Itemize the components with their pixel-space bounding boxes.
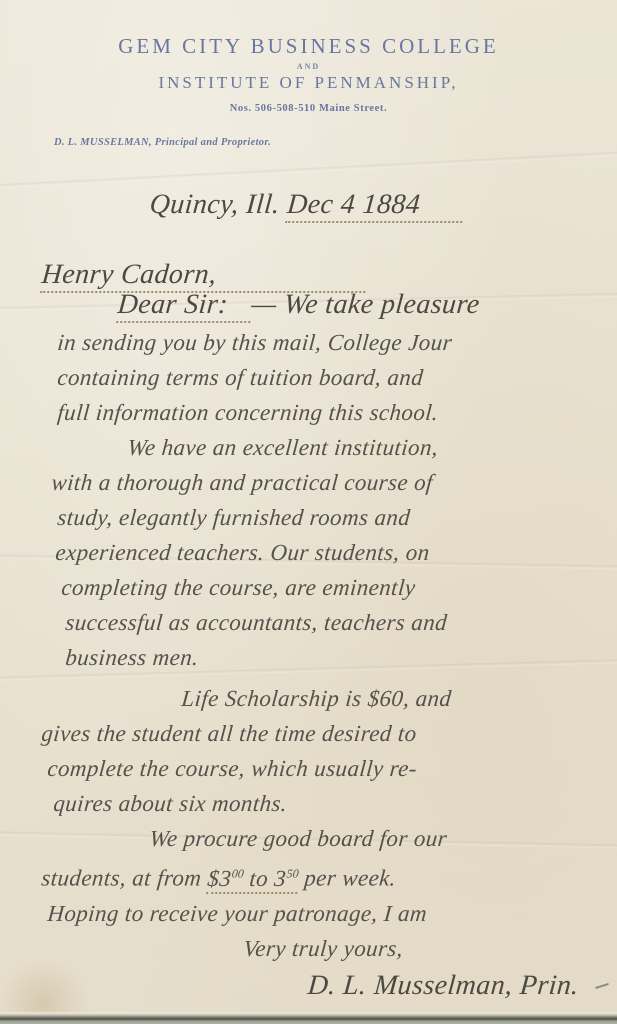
signature-line: D. L. Musselman, Prin. xyxy=(30,966,596,1006)
body-line: in sending you by this mail, College Jou… xyxy=(30,325,596,360)
dateline: Quincy, Ill. Dec 4 1884 xyxy=(30,185,596,225)
body-line: study, elegantly furnished rooms and xyxy=(30,500,596,535)
body-line: full information concerning this school. xyxy=(30,395,596,430)
body-line: experienced teachers. Our students, on xyxy=(30,535,596,570)
body-line: We procure good board for our xyxy=(30,821,596,856)
board-price-line: students, at from $300 to 350 per week. xyxy=(30,856,596,896)
body-line: gives the student all the time desired t… xyxy=(30,716,596,751)
body-line: Hoping to receive your patronage, I am xyxy=(30,896,596,931)
principal-line: D. L. MUSSELMAN, Principal and Proprieto… xyxy=(54,137,271,148)
college-name: GEM CITY BUSINESS COLLEGE xyxy=(0,34,617,59)
letterhead-and: AND xyxy=(0,62,617,71)
body-line: We have an excellent institution, xyxy=(30,430,596,465)
body-line: successful as accountants, teachers and xyxy=(30,605,596,640)
body-line: business men. xyxy=(30,640,596,675)
letter-page: GEM CITY BUSINESS COLLEGE AND INSTITUTE … xyxy=(0,0,617,1024)
institute-name: INSTITUTE OF PENMANSHIP, xyxy=(0,73,617,93)
letter-body: Quincy, Ill. Dec 4 1884Henry Cadorn,Dear… xyxy=(30,176,593,1006)
body-line: completing the course, are eminently xyxy=(30,570,596,605)
salutation-line: Dear Sir: — We take pleasure xyxy=(30,285,596,325)
body-line: complete the course, which usually re- xyxy=(30,751,596,786)
scan-bottom-edge xyxy=(0,1012,617,1024)
scholarship-line: Life Scholarship is $60, and xyxy=(30,681,596,716)
pencil-mark xyxy=(595,983,609,989)
body-line: quires about six months. xyxy=(30,786,596,821)
street-address: Nos. 506-508-510 Maine Street. xyxy=(0,103,617,114)
body-line: with a thorough and practical course of xyxy=(30,465,596,500)
body-line: containing terms of tuition board, and xyxy=(30,360,596,395)
closing-line: Very truly yours, xyxy=(30,931,596,966)
letterhead: GEM CITY BUSINESS COLLEGE AND INSTITUTE … xyxy=(0,34,617,114)
